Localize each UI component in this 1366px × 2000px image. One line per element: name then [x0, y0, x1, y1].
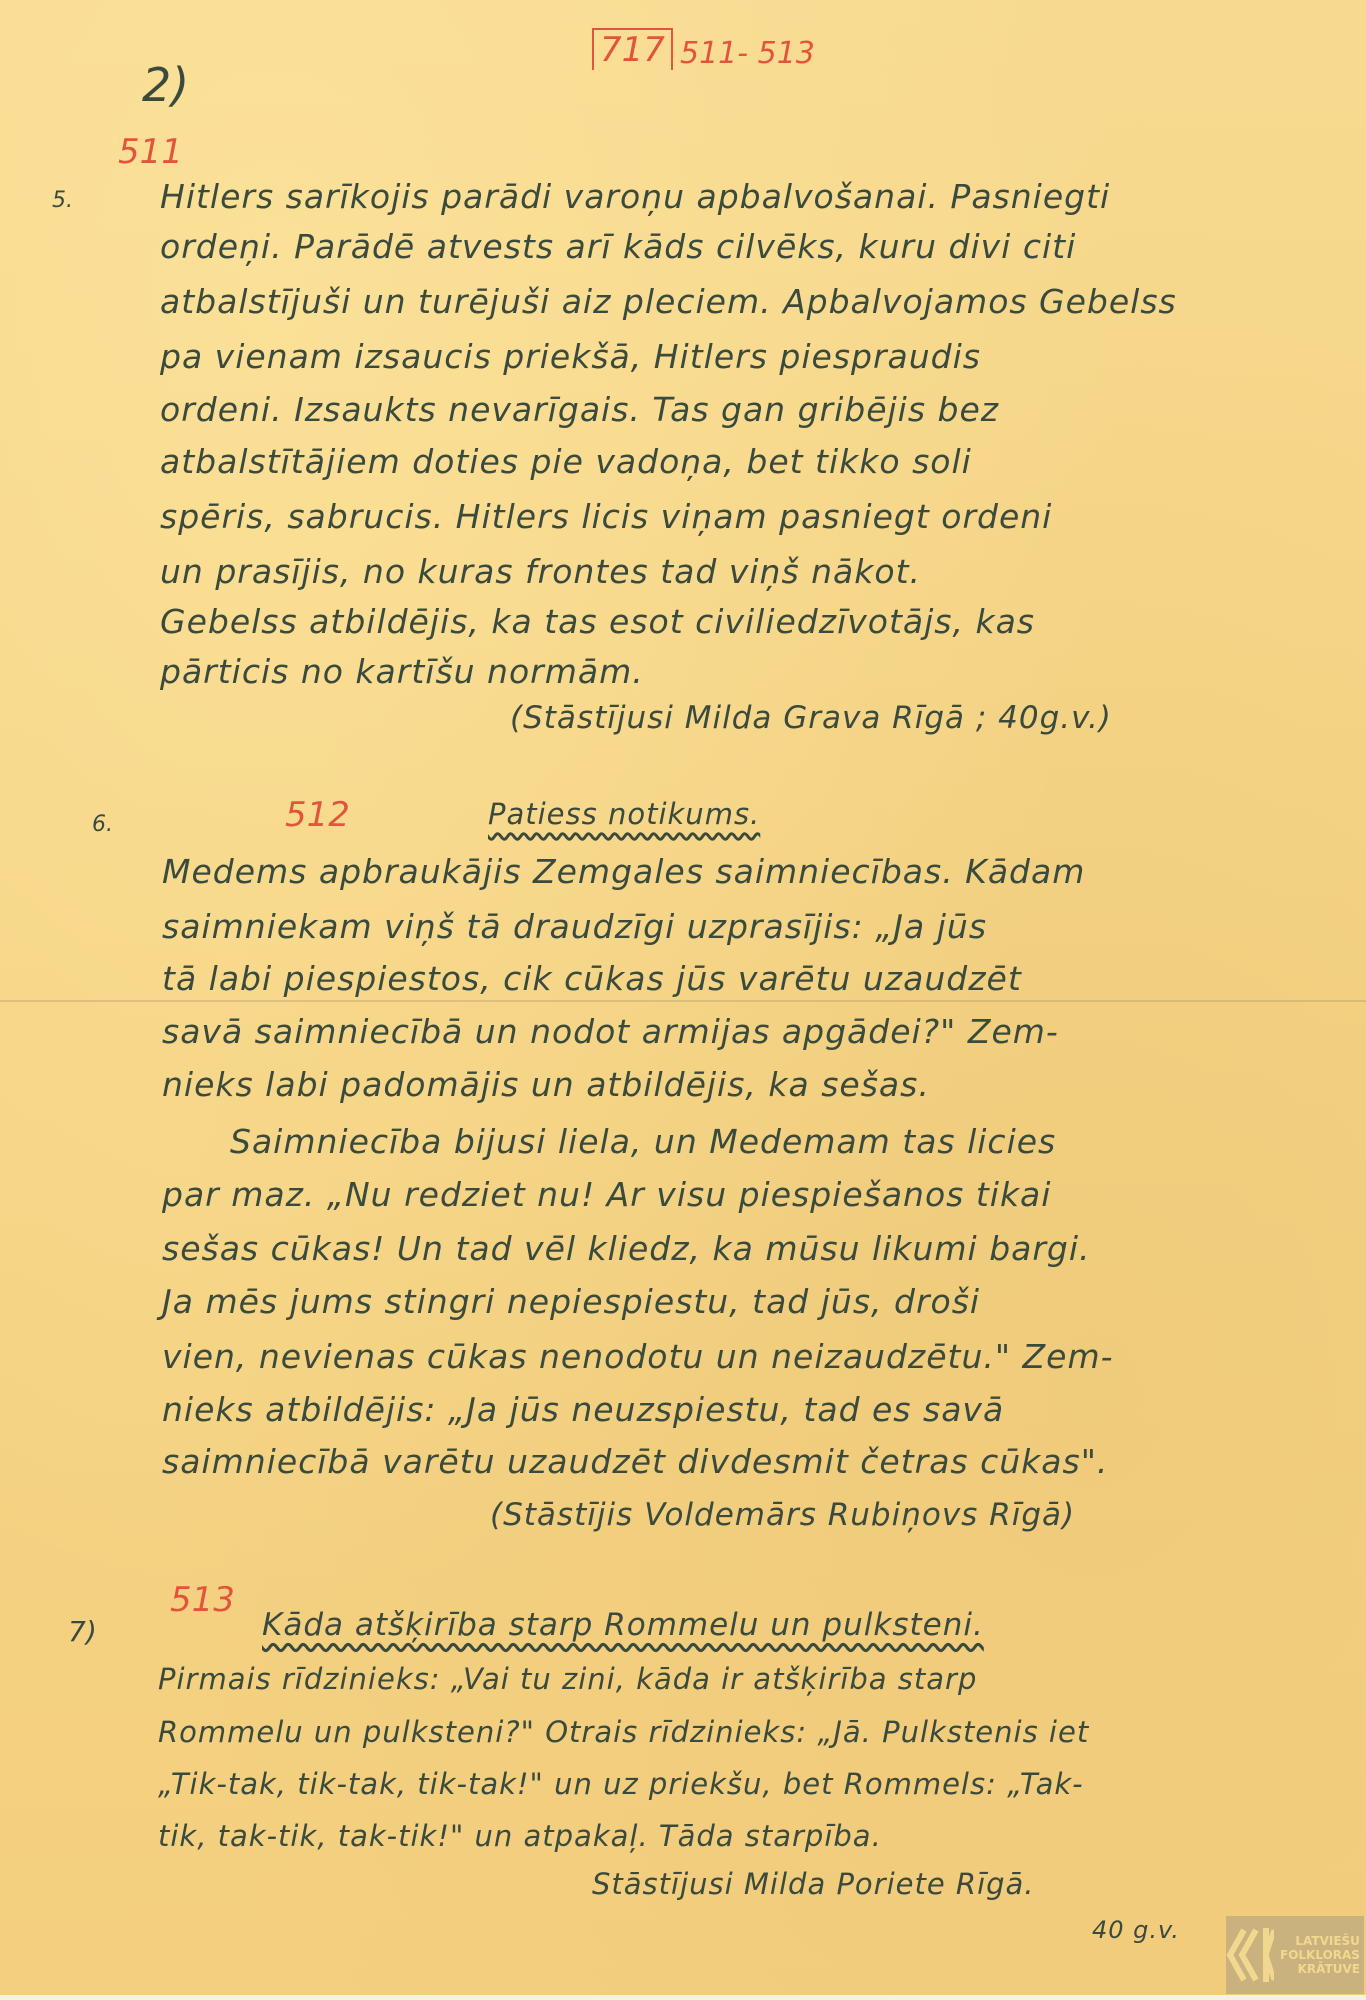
text-line: atbalstītājiem doties pie vadoņa, bet ti…	[160, 445, 972, 478]
text-line: atbalstījuši un turējuši aiz pleciem. Ap…	[160, 285, 1177, 318]
text-line: „Tik-tak, tik-tak, tik-tak!" un uz priek…	[158, 1770, 1084, 1799]
text-line: nieks atbildējis: „Ja jūs neuzspiestu, t…	[162, 1393, 1004, 1426]
archive-watermark-logo: LATVIEŠU FOLKLORAS KRĀTUVE	[1226, 1916, 1364, 1994]
item-margin-number: 5.	[52, 188, 73, 213]
narrator-signature: Stāstījusi Milda Poriete Rīgā.	[592, 1870, 1035, 1899]
text-line: un prasījis, no kuras frontes tad viņš n…	[160, 555, 921, 588]
archive-number: 717	[592, 28, 673, 70]
archive-item-number: 512	[285, 795, 350, 835]
text-line: Gebelss atbildējis, ka tas esot civilied…	[160, 605, 1035, 638]
text-line: nieks labi padomājis un atbildējis, ka s…	[162, 1068, 930, 1101]
record-date: 40 g.v.	[1092, 1918, 1180, 1942]
text-line: par maz. „Nu redziet nu! Ar visu piespie…	[162, 1178, 1051, 1211]
logo-line: LATVIEŠU	[1280, 1934, 1360, 1948]
archive-item-number: 511	[118, 132, 183, 172]
story-title: Kāda atšķirība starp Rommelu un pulksten…	[262, 1610, 984, 1641]
text-line: savā saimniecībā un nodot armijas apgāde…	[162, 1015, 1059, 1048]
story-title: Patiess notikums.	[488, 800, 760, 829]
text-line: Ja mēs jums stingri nepiespiestu, tad jū…	[162, 1285, 980, 1318]
logo-line: KRĀTUVE	[1280, 1962, 1360, 1976]
narrator-signature: (Stāstījis Voldemārs Rubiņovs Rīgā)	[490, 1500, 1075, 1531]
text-line: Medems apbraukājis Zemgales saimniecības…	[162, 855, 1085, 888]
archive-item-range: 511- 513	[680, 36, 815, 71]
text-line: Pirmais rīdzinieks: „Vai tu zini, kāda i…	[158, 1665, 977, 1694]
text-line: spēris, sabrucis. Hitlers licis viņam pa…	[160, 500, 1052, 533]
text-line: saimniekam viņš tā draudzīgi uzprasījis:…	[162, 910, 987, 943]
text-line: pārticis no kartīšu normām.	[160, 655, 644, 688]
text-line: Hitlers sarīkojis parādi varoņu apbalvoš…	[160, 180, 1110, 213]
text-line: Rommelu un pulksteni?" Otrais rīdzinieks…	[158, 1718, 1089, 1747]
text-line: pa vienam izsaucis priekšā, Hitlers pies…	[160, 340, 981, 373]
text-line: ordeni. Izsaukts nevarīgais. Tas gan gri…	[160, 393, 999, 426]
item-margin-number: 7)	[68, 1615, 97, 1648]
paper-fold-line	[0, 1000, 1366, 1002]
text-line: vien, nevienas cūkas nenodotu un neizaud…	[162, 1340, 1114, 1373]
item-margin-number: 6.	[92, 812, 113, 837]
scan-bottom-edge	[0, 1995, 1366, 2000]
text-line: saimniecībā varētu uzaudzēt divdesmit če…	[162, 1445, 1108, 1478]
logo-line: FOLKLORAS	[1280, 1948, 1360, 1962]
page-number: 2)	[142, 58, 189, 112]
logo-text: LATVIEŠU FOLKLORAS KRĀTUVE	[1274, 1934, 1360, 1976]
archive-item-number: 513	[170, 1580, 235, 1620]
text-line: sešas cūkas! Un tad vēl kliedz, ka mūsu …	[162, 1232, 1091, 1265]
narrator-signature: (Stāstījusi Milda Grava Rīgā ; 40g.v.)	[510, 703, 1112, 734]
text-line: tik, tak-tik, tak-tik!" un atpakaļ. Tāda…	[158, 1822, 882, 1851]
text-line: tā labi piespiestos, cik cūkas jūs varēt…	[162, 962, 1022, 995]
text-line: Saimniecība bijusi liela, un Medemam tas…	[230, 1125, 1056, 1158]
text-line: ordeņi. Parādē atvests arī kāds cilvēks,…	[160, 230, 1076, 263]
lfk-logo-icon	[1226, 1916, 1274, 1994]
